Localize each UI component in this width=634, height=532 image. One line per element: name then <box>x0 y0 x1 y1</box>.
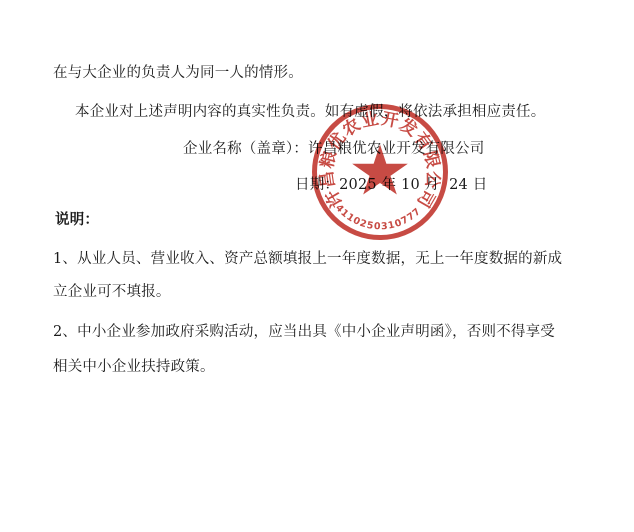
note-1-line-1: 1、从业人员、营业收入、资产总额填报上一年度数据，无上一年度数据的新成 <box>53 249 562 269</box>
seal-number-arc: 4110250310777 <box>312 104 448 240</box>
note-2-line-2: 相关中小企业扶持政策。 <box>53 357 215 377</box>
statement-continuation-line: 在与大企业的负责人为同一人的情形。 <box>53 63 303 83</box>
responsibility-statement-line: 本企业对上述声明内容的真实性负责。如有虚假，将依法承担相应责任。 <box>75 102 545 122</box>
note-1-line-2: 立企业可不填报。 <box>53 282 171 302</box>
notes-heading: 说明： <box>55 210 99 230</box>
seal-number-digit: 0 <box>374 222 381 232</box>
official-seal: 许昌粮优农业开发有限公司 4110250310777 <box>312 104 448 240</box>
note-2-line-1: 2、中小企业参加政府采购活动，应当出具《中小企业声明函》，否则不得享受 <box>53 322 555 342</box>
